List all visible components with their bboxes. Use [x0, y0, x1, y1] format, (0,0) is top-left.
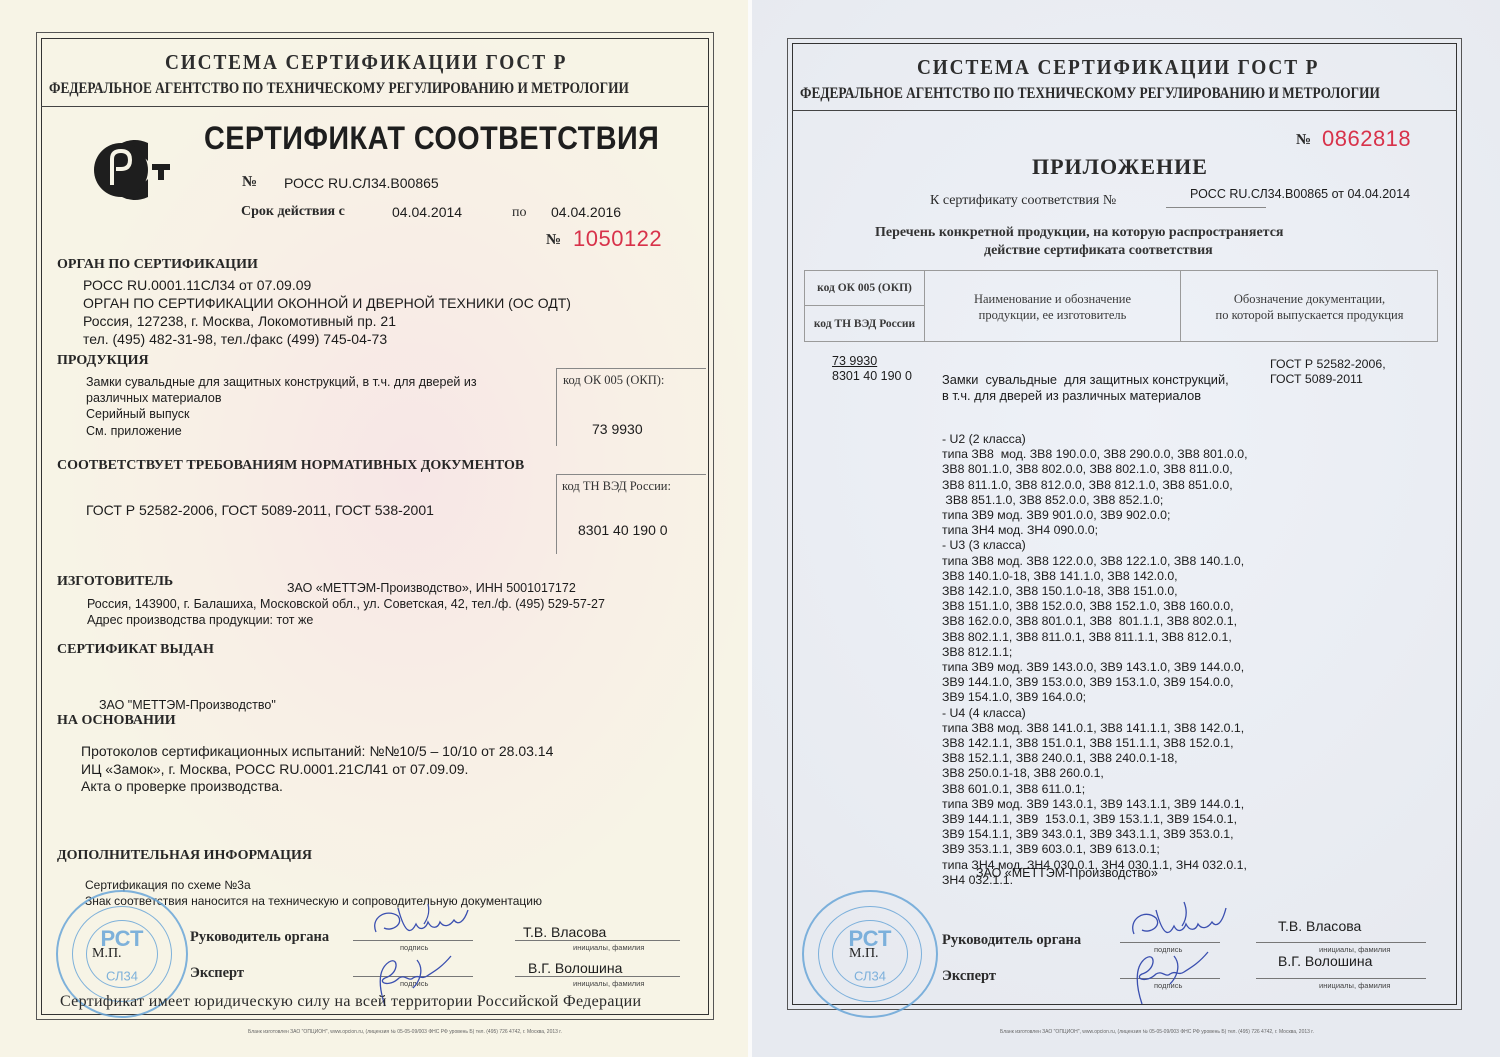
- product-line: Замки сувальдные для защитных конструкци…: [86, 374, 477, 390]
- section-compliance: СООТВЕТСТВУЕТ ТРЕБОВАНИЯМ НОРМАТИВНЫХ ДО…: [57, 458, 524, 474]
- to-certificate-line: [1166, 207, 1266, 208]
- row-okp: 73 9930: [832, 353, 877, 369]
- expert-label: Эксперт: [190, 965, 244, 982]
- manufacturer-line: Россия, 143900, г. Балашиха, Московской …: [87, 596, 605, 612]
- head-name-caption: инициалы, фамилия: [573, 943, 644, 952]
- expert-name-line: [1256, 978, 1426, 979]
- validity-to-label: по: [512, 205, 527, 221]
- legal-note: Сертификат имеет юридическую силу на все…: [60, 993, 641, 1011]
- product-line: См. приложение: [86, 423, 182, 439]
- certificate-page: СИСТЕМА СЕРТИФИКАЦИИ ГОСТ Р ФЕДЕРАЛЬНОЕ …: [0, 0, 748, 1057]
- header-divider: [41, 106, 709, 107]
- certificate-title: СЕРТИФИКАТ СООТВЕТСТВИЯ: [204, 120, 659, 157]
- list-heading: Перечень конкретной продукции, на котору…: [875, 225, 1284, 241]
- expert-signature: [1112, 944, 1212, 1006]
- head-signature: [1126, 898, 1236, 950]
- header-documentation: Обозначение документации, по которой вып…: [1181, 271, 1438, 342]
- section-certification-body: ОРГАН ПО СЕРТИФИКАЦИИ: [57, 257, 258, 273]
- stamp-label: М.П.: [849, 946, 879, 962]
- blank-number-sign: №: [1296, 132, 1311, 149]
- expert-name-caption: инициалы, фамилия: [573, 979, 644, 988]
- compliance-standards: ГОСТ Р 52582-2006, ГОСТ 5089-2011, ГОСТ …: [86, 502, 434, 519]
- head-name: Т.В. Власова: [523, 924, 606, 940]
- validity-label: Срок действия с: [241, 204, 345, 220]
- head-name-line: [515, 940, 680, 941]
- certificate-number: РОСС RU.СЛ34.В00865: [284, 175, 439, 191]
- appendix-page: СИСТЕМА СЕРТИФИКАЦИИ ГОСТ Р ФЕДЕРАЛЬНОЕ …: [752, 0, 1500, 1057]
- blank-number: 0862818: [1322, 126, 1411, 152]
- header-product-name: Наименование и обозначение продукции, ее…: [925, 271, 1181, 342]
- section-additional-info: ДОПОЛНИТЕЛЬНАЯ ИНФОРМАЦИЯ: [57, 848, 312, 864]
- expert-name: В.Г. Волошина: [1278, 953, 1372, 969]
- agency-name: ФЕДЕРАЛЬНОЕ АГЕНТСТВО ПО ТЕХНИЧЕСКОМУ РЕ…: [49, 80, 629, 98]
- to-certificate-label: К сертификату соответствия №: [930, 193, 1116, 209]
- section-manufacturer: ИЗГОТОВИТЕЛЬ: [57, 574, 173, 590]
- row-manufacturer: ЗАО «МЕТТЭМ-Производство»: [976, 865, 1158, 881]
- row-product-title: Замки сувальдные для защитных конструкци…: [942, 372, 1229, 404]
- blank-number: 1050122: [573, 226, 662, 252]
- header-okp: код ОК 005 (ОКП): [805, 271, 925, 306]
- stamp-code: СЛ34: [106, 969, 138, 984]
- certification-body-line: Россия, 127238, г. Москва, Локомотивный …: [83, 313, 396, 330]
- tnved-label: код ТН ВЭД России:: [562, 479, 671, 494]
- head-name-line: [1256, 942, 1426, 943]
- certification-body-line: РОСС RU.0001.11СЛ34 от 07.09.09: [83, 277, 311, 294]
- printer-note: Бланк изготовлен ЗАО "ОПЦИОН", www.opcio…: [248, 1029, 562, 1035]
- agency-name: ФЕДЕРАЛЬНОЕ АГЕНТСТВО ПО ТЕХНИЧЕСКОМУ РЕ…: [800, 85, 1380, 103]
- section-basis: НА ОСНОВАНИИ: [57, 713, 176, 729]
- valid-to: 04.04.2016: [551, 204, 621, 220]
- valid-from: 04.04.2014: [392, 204, 462, 220]
- row-product-models: - U2 (2 класса) типа ЗВ8 мод. ЗВ8 190.0.…: [942, 432, 1248, 888]
- manufacturer-line: Адрес производства продукции: тот же: [87, 612, 313, 628]
- certification-body-line: ОРГАН ПО СЕРТИФИКАЦИИ ОКОННОЙ И ДВЕРНОЙ …: [83, 295, 571, 312]
- stamp-code: СЛ34: [854, 969, 886, 984]
- rst-mark-icon: [88, 137, 178, 203]
- products-table-header: код ОК 005 (ОКП) код ТН ВЭД России Наиме…: [804, 270, 1438, 342]
- blank-number-sign: №: [546, 232, 561, 249]
- tnved-value: 8301 40 190 0: [578, 522, 668, 539]
- issued-to-name: ЗАО "МЕТТЭМ-Производство": [99, 697, 276, 713]
- product-line: различных материалов: [86, 390, 221, 406]
- header-tnved: код ТН ВЭД России: [805, 306, 925, 342]
- head-label: Руководитель органа: [942, 932, 1081, 949]
- system-title: СИСТЕМА СЕРТИФИКАЦИИ ГОСТ Р: [165, 50, 567, 75]
- stamp-label: М.П.: [92, 946, 122, 962]
- basis-line: ИЦ «Замок», г. Москва, РОСС RU.0001.21СЛ…: [81, 761, 468, 778]
- head-name: Т.В. Власова: [1278, 918, 1361, 934]
- expert-name-line: [515, 976, 680, 977]
- product-line: Серийный выпуск: [86, 406, 189, 422]
- manufacturer-name: ЗАО «МЕТТЭМ-Производство», ИНН 500101717…: [287, 580, 576, 596]
- head-label: Руководитель органа: [190, 929, 329, 946]
- list-heading: действие сертификата соответствия: [984, 243, 1213, 259]
- section-products: ПРОДУКЦИЯ: [57, 353, 149, 369]
- expert-label: Эксперт: [942, 968, 996, 985]
- row-tnved: 8301 40 190 0: [832, 368, 912, 384]
- okp-label: код ОК 005 (ОКП):: [563, 373, 664, 388]
- system-title: СИСТЕМА СЕРТИФИКАЦИИ ГОСТ Р: [917, 55, 1319, 80]
- basis-line: Акта о проверке производства.: [81, 778, 283, 795]
- certification-body-line: тел. (495) 482-31-98, тел./факс (499) 74…: [83, 331, 387, 348]
- expert-name-caption: инициалы, фамилия: [1319, 981, 1390, 990]
- head-signature: [368, 898, 478, 948]
- printer-note: Бланк изготовлен ЗАО "ОПЦИОН", www.opcio…: [1000, 1029, 1314, 1035]
- appendix-title: ПРИЛОЖЕНИЕ: [1032, 154, 1208, 180]
- section-issued-to: СЕРТИФИКАТ ВЫДАН: [57, 642, 214, 658]
- header-divider: [792, 110, 1457, 111]
- to-certificate-value: РОСС RU.СЛ34.В00865 от 04.04.2014: [1190, 186, 1410, 202]
- okp-value: 73 9930: [592, 421, 643, 438]
- expert-name: В.Г. Волошина: [528, 960, 622, 976]
- number-sign: №: [242, 174, 257, 191]
- basis-line: Протоколов сертификационных испытаний: №…: [81, 743, 553, 760]
- row-documentation: ГОСТ Р 52582-2006, ГОСТ 5089-2011: [1270, 357, 1386, 387]
